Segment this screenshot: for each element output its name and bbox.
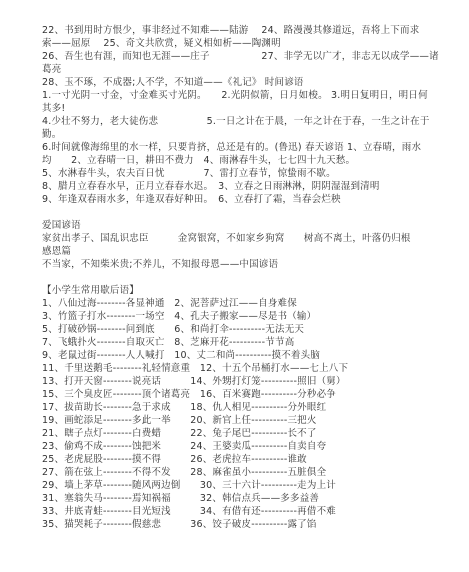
text-line: 28、玉不琢，不成器;人不学，不知道——《礼记》 时间谚语	[42, 76, 449, 89]
text-line: 9、年逢双春雨水多，年逢双春好种田。 6、立春打了霜，当春会烂秧	[42, 193, 449, 206]
text-line: 其多!	[42, 102, 449, 115]
text-line: 索——屈原 25、奇文共欣赏，疑义相如析——陶渊明	[42, 37, 449, 50]
text-line: 5、水淋春牛头，农夫百日忧 7、雷打立春节，惊蛰雨不歇。	[42, 167, 449, 180]
text-line: 1、八仙过海--------各显神通 2、泥菩萨过江——自身难保	[42, 297, 449, 310]
document-text-block: 22、书到用时方恨少，事非经过不知难——陆游 24、路漫漫其修道远，吾将上下而求…	[42, 24, 449, 531]
text-line: 1.一寸光阴一寸金，寸金难买寸光阴。 2.光阴似箭，日月如梭。 3.明日复明日，…	[42, 89, 449, 102]
text-line: 6.时间就像海绵里的水一样，只要肯挤，总还是有的。(鲁迅) 春天谚语 1、立春晴…	[42, 141, 449, 154]
text-line: 29、墙上茅草--------随风两边倒 30、三十六计----------走为…	[42, 479, 449, 492]
text-line: 3、竹篮子打水--------一场空 4、孔夫子搬家——尽是书（输）	[42, 310, 449, 323]
document-page: 22、书到用时方恨少，事非经过不知难——陆游 24、路漫漫其修道远，吾将上下而求…	[0, 0, 469, 572]
text-line: 不当家，不知柴米贵;不养儿，不知报母恩——中国谚语	[42, 258, 449, 271]
text-line: 23、偷鸡不成--------蚀把米 24、王婆卖瓜----------自卖自夸	[42, 440, 449, 453]
blank-line	[42, 206, 449, 219]
text-line: 33、井底青蛙--------目光短浅 34、有借有还----------再借不…	[42, 505, 449, 518]
text-line: 22、书到用时方恨少，事非经过不知难——陆游 24、路漫漫其修道远，吾将上下而求	[42, 24, 449, 37]
text-line: 【小学生常用歇后语】	[42, 284, 449, 297]
blank-line	[42, 271, 449, 284]
text-line: 感恩篇	[42, 245, 449, 258]
text-line: 15、三个臭皮匠--------顶个诸葛亮 16、百米赛跑----------分…	[42, 388, 449, 401]
text-line: 葛亮	[42, 63, 449, 76]
text-line: 7、飞蛾扑火--------自取灭亡 8、芝麻开花----------节节高	[42, 336, 449, 349]
text-line: 5、打破砂锅--------问到底 6、和尚打伞----------无法无天	[42, 323, 449, 336]
text-line: 8、腊月立春春水早，正月立春春水迟。 3、立春之日雨淋淋，阴阴湿湿到清明	[42, 180, 449, 193]
text-line: 25、老虎屁股--------摸不得 26、老虎拉车----------谁敢	[42, 453, 449, 466]
text-line: 11、千里送鹅毛--------礼轻情意重 12、十五个吊桶打水——七上八下	[42, 362, 449, 375]
text-line: 27、箭在弦上--------不得不发 28、麻雀虽小----------五脏俱…	[42, 466, 449, 479]
text-line: 爱国谚语	[42, 219, 449, 232]
text-line: 35、猫哭耗子--------假慈悲 36、饺子破皮----------露了馅	[42, 518, 449, 531]
text-line: 均 2、立春晴一日，耕田不费力 4、雨淋春牛头，七七四十九天愁。	[42, 154, 449, 167]
text-line: 21、瞎子点灯--------白费蜡 22、兔子尾巴----------长不了	[42, 427, 449, 440]
text-line: 勤。	[42, 128, 449, 141]
text-line: 17、拔苗助长--------急于求成 18、仇人相见----------分外眼…	[42, 401, 449, 414]
text-line: 26、吾生也有涯，而知也无涯——庄子 27、非学无以广才，非志无以成学——诸	[42, 50, 449, 63]
text-line: 31、塞翁失马--------焉知祸福 32、韩信点兵——多多益善	[42, 492, 449, 505]
text-line: 4.少壮不努力，老大徒伤悲 5.一日之计在于晨，一年之计在于春，一生之计在于	[42, 115, 449, 128]
text-line: 9、老鼠过街--------人人喊打 10、丈二和尚----------摸不着头…	[42, 349, 449, 362]
text-line: 19、画蛇添足--------多此一举 20、新官上任----------三把火	[42, 414, 449, 427]
text-line: 家贫出孝子、国乱识忠臣 金窝银窝，不如家乡狗窝 树高不离土，叶落仍归根	[42, 232, 449, 245]
text-line: 13、打开天窗--------说亮话 14、外甥打灯笼----------照旧（…	[42, 375, 449, 388]
